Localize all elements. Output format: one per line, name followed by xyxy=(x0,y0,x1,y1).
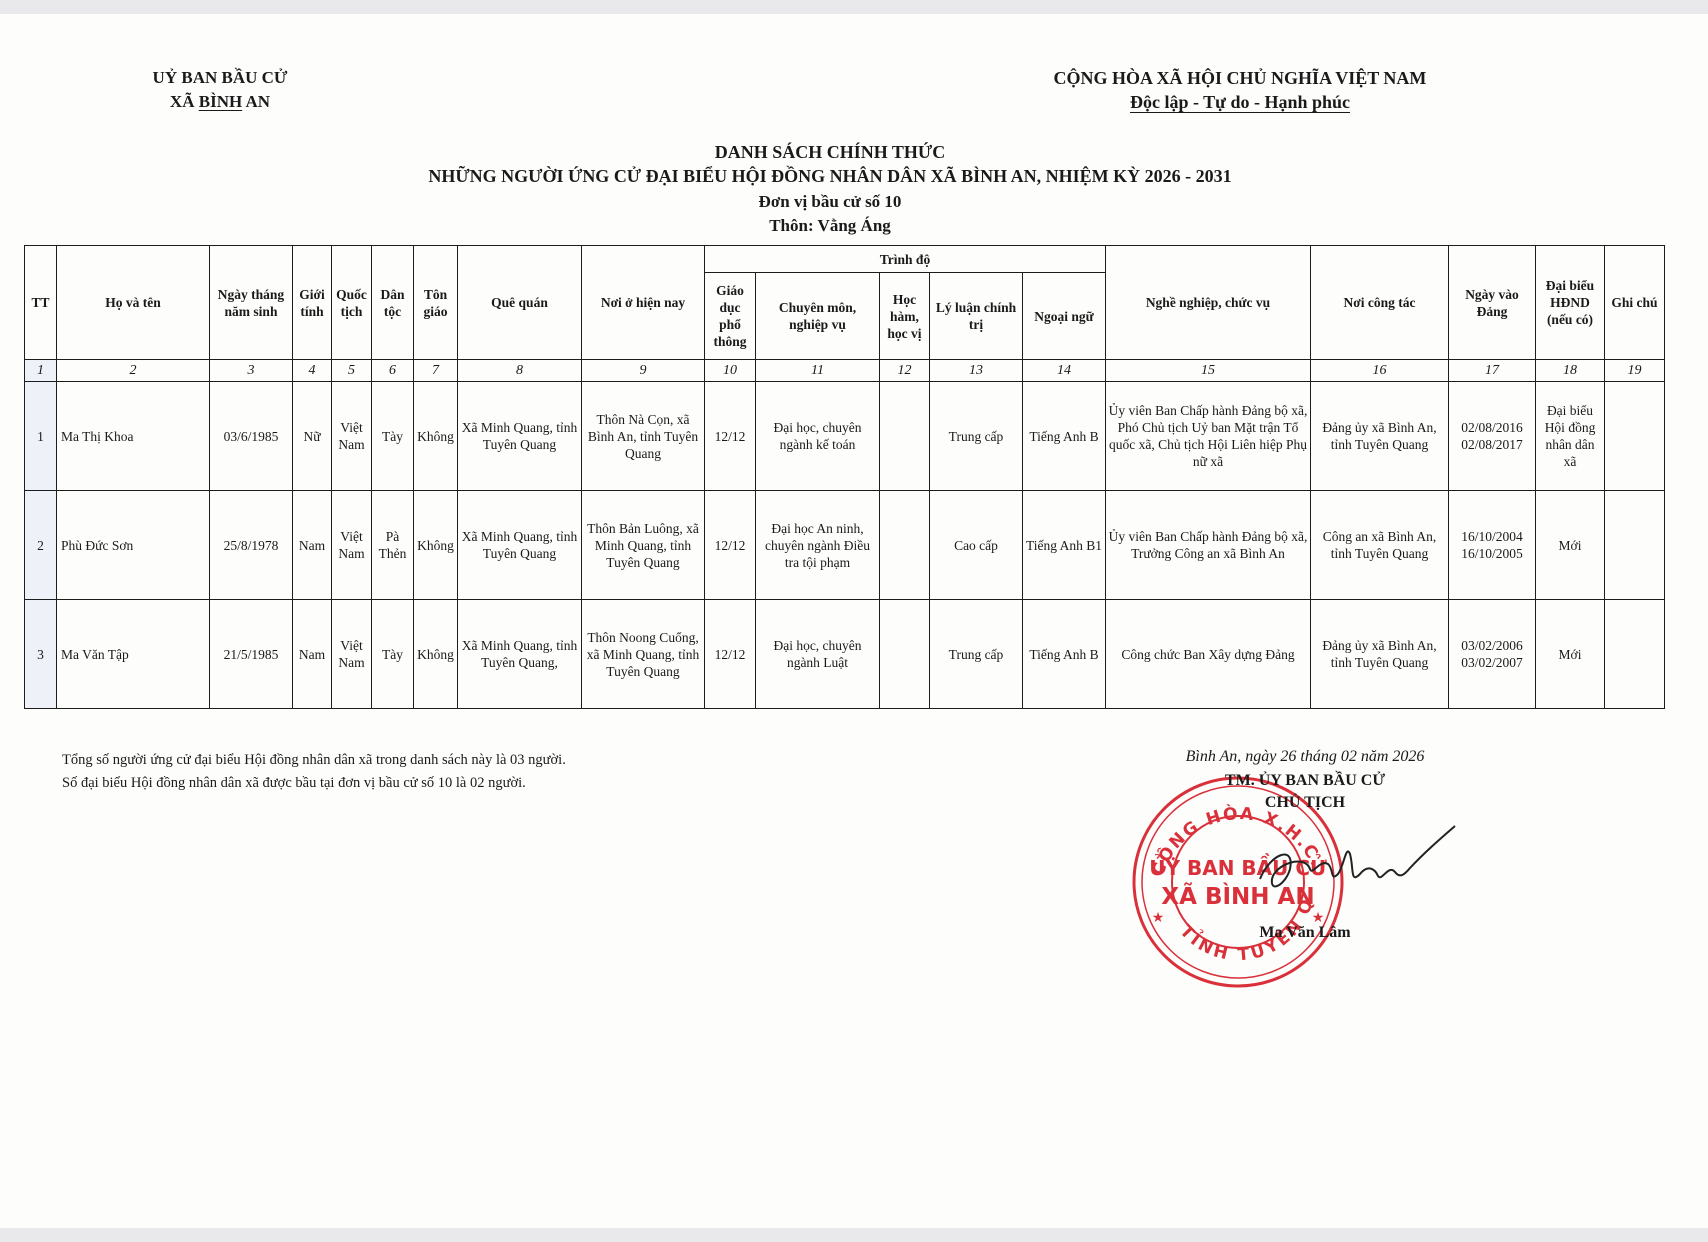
cell-hometown: Xã Minh Quang, tỉnh Tuyên Quang xyxy=(458,491,582,600)
cell-workplace: Công an xã Bình An, tỉnh Tuyên Quang xyxy=(1311,491,1449,600)
cell-tt: 3 xyxy=(25,600,57,709)
col-tt: TT xyxy=(25,246,57,360)
cell-tt: 1 xyxy=(25,382,57,491)
column-number: 10 xyxy=(705,360,756,382)
cell-gender: Nữ xyxy=(293,382,332,491)
document-title: DANH SÁCH CHÍNH THỨC NHỮNG NGƯỜI ỨNG CỬ … xyxy=(300,140,1360,237)
country-name: CỘNG HÒA XÃ HỘI CHỦ NGHĨA VIỆT NAM xyxy=(1030,66,1450,90)
signature-block: Bình An, ngày 26 tháng 02 năm 2026 TM. Ủ… xyxy=(1150,746,1460,814)
col-degree: Học hàm, học vị xyxy=(880,273,930,360)
column-number: 16 xyxy=(1311,360,1449,382)
column-number: 17 xyxy=(1449,360,1536,382)
cell-general-edu: 12/12 xyxy=(705,382,756,491)
cell-degree xyxy=(880,491,930,600)
total-candidates-note: Tổng số người ứng cử đại biểu Hội đồng n… xyxy=(62,749,566,772)
cell-party-date: 03/02/200603/02/2007 xyxy=(1449,600,1536,709)
cell-specialty: Đại học, chuyên ngành kế toán xyxy=(756,382,880,491)
cell-gender: Nam xyxy=(293,600,332,709)
column-number: 18 xyxy=(1536,360,1605,382)
cell-degree xyxy=(880,382,930,491)
cell-general-edu: 12/12 xyxy=(705,600,756,709)
column-number: 3 xyxy=(210,360,293,382)
cell-occupation: Ủy viên Ban Chấp hành Đảng bộ xã, Trưởng… xyxy=(1106,491,1311,600)
col-workplace: Nơi công tác xyxy=(1311,246,1449,360)
signer-name: Ma Văn Lâm xyxy=(1150,924,1460,942)
cell-language: Tiếng Anh B1 xyxy=(1023,491,1106,600)
col-delegate: Đại biểu HĐND (nếu có) xyxy=(1536,246,1605,360)
column-number: 15 xyxy=(1106,360,1311,382)
cell-residence: Thôn Noong Cuổng, xã Minh Quang, tỉnh Tu… xyxy=(582,600,705,709)
column-number: 19 xyxy=(1605,360,1665,382)
seats-note: Số đại biểu Hội đồng nhân dân xã được bầ… xyxy=(62,772,566,795)
cell-political: Cao cấp xyxy=(930,491,1023,600)
cell-nationality: Việt Nam xyxy=(332,382,372,491)
page-edge xyxy=(0,1228,1708,1242)
column-number: 6 xyxy=(372,360,414,382)
column-number: 12 xyxy=(880,360,930,382)
column-number: 14 xyxy=(1023,360,1106,382)
col-name: Họ và tên xyxy=(57,246,210,360)
column-number: 9 xyxy=(582,360,705,382)
table-row: 3Ma Văn Tập21/5/1985NamViệt NamTàyKhôngX… xyxy=(25,600,1665,709)
cell-degree xyxy=(880,600,930,709)
village-name: Thôn: Vằng Áng xyxy=(300,214,1360,237)
party-official-date: 03/02/2007 xyxy=(1451,654,1533,671)
party-probation-date: 03/02/2006 xyxy=(1451,637,1533,654)
col-specialty: Chuyên môn, nghiệp vụ xyxy=(756,273,880,360)
col-dob: Ngày tháng năm sinh xyxy=(210,246,293,360)
column-number: 7 xyxy=(414,360,458,382)
cell-general-edu: 12/12 xyxy=(705,491,756,600)
col-language: Ngoại ngữ xyxy=(1023,273,1106,360)
column-number: 4 xyxy=(293,360,332,382)
col-hometown: Quê quán xyxy=(458,246,582,360)
table-row: 1Ma Thị Khoa03/6/1985NữViệt NamTàyKhôngX… xyxy=(25,382,1665,491)
column-number: 11 xyxy=(756,360,880,382)
cell-occupation: Ủy viên Ban Chấp hành Đảng bộ xã, Phó Ch… xyxy=(1106,382,1311,491)
authority-line1: UỶ BAN BẦU CỬ xyxy=(120,66,320,90)
cell-dob: 25/8/1978 xyxy=(210,491,293,600)
col-group-qualification: Trình độ xyxy=(705,246,1106,273)
cell-nationality: Việt Nam xyxy=(332,600,372,709)
cell-political: Trung cấp xyxy=(930,600,1023,709)
document-page: UỶ BAN BẦU CỬ XÃ BÌNH AN CỘNG HÒA XÃ HỘI… xyxy=(0,14,1708,1228)
cell-name: Ma Văn Tập xyxy=(57,600,210,709)
cell-note xyxy=(1605,382,1665,491)
motto-line: Độc lập - Tự do - Hạnh phúc xyxy=(1030,90,1450,114)
sign-role: CHỦ TỊCH xyxy=(1150,792,1460,814)
col-occupation: Nghề nghiệp, chức vụ xyxy=(1106,246,1311,360)
cell-workplace: Đảng ủy xã Bình An, tỉnh Tuyên Quang xyxy=(1311,600,1449,709)
col-gender: Giới tính xyxy=(293,246,332,360)
table-body: 1Ma Thị Khoa03/6/1985NữViệt NamTàyKhôngX… xyxy=(25,382,1665,709)
table-header-row: TT Họ và tên Ngày tháng năm sinh Giới tí… xyxy=(25,246,1665,273)
cell-occupation: Công chức Ban Xây dựng Đảng xyxy=(1106,600,1311,709)
cell-delegate: Đại biểu Hội đồng nhân dân xã xyxy=(1536,382,1605,491)
cell-specialty: Đại học, chuyên ngành Luật xyxy=(756,600,880,709)
footer-notes: Tổng số người ứng cử đại biểu Hội đồng n… xyxy=(62,749,566,795)
cell-delegate: Mới xyxy=(1536,491,1605,600)
party-probation-date: 02/08/2016 xyxy=(1451,419,1533,436)
cell-hometown: Xã Minh Quang, tỉnh Tuyên Quang, xyxy=(458,600,582,709)
cell-religion: Không xyxy=(414,600,458,709)
title-line2: NHỮNG NGƯỜI ỨNG CỬ ĐẠI BIỂU HỘI ĐỒNG NHÂ… xyxy=(300,164,1360,188)
title-line1: DANH SÁCH CHÍNH THỨC xyxy=(300,140,1360,164)
cell-ethnicity: Pà Thẻn xyxy=(372,491,414,600)
cell-language: Tiếng Anh B xyxy=(1023,600,1106,709)
column-number-row: 12345678910111213141516171819 xyxy=(25,360,1665,382)
cell-ethnicity: Tày xyxy=(372,382,414,491)
cell-gender: Nam xyxy=(293,491,332,600)
cell-name: Phù Đức Sơn xyxy=(57,491,210,600)
column-number: 1 xyxy=(25,360,57,382)
column-number: 2 xyxy=(57,360,210,382)
col-party-date: Ngày vào Đảng xyxy=(1449,246,1536,360)
signature-icon xyxy=(1250,824,1460,904)
electoral-unit: Đơn vị bầu cử số 10 xyxy=(300,190,1360,214)
party-official-date: 02/08/2017 xyxy=(1451,436,1533,453)
cell-language: Tiếng Anh B xyxy=(1023,382,1106,491)
cell-dob: 03/6/1985 xyxy=(210,382,293,491)
col-ethnicity: Dân tộc xyxy=(372,246,414,360)
col-religion: Tôn giáo xyxy=(414,246,458,360)
cell-workplace: Đảng ủy xã Bình An, tỉnh Tuyên Quang xyxy=(1311,382,1449,491)
cell-note xyxy=(1605,600,1665,709)
authority-line2: XÃ BÌNH AN xyxy=(120,90,320,114)
cell-party-date: 16/10/200416/10/2005 xyxy=(1449,491,1536,600)
cell-political: Trung cấp xyxy=(930,382,1023,491)
cell-note xyxy=(1605,491,1665,600)
issuing-authority: UỶ BAN BẦU CỬ XÃ BÌNH AN xyxy=(120,66,320,114)
sign-org: TM. ỦY BAN BẦU CỬ xyxy=(1150,770,1460,792)
sign-date: Bình An, ngày 26 tháng 02 năm 2026 xyxy=(1150,746,1460,768)
column-number: 8 xyxy=(458,360,582,382)
candidate-table: TT Họ và tên Ngày tháng năm sinh Giới tí… xyxy=(24,245,1665,709)
table-row: 2Phù Đức Sơn25/8/1978NamViệt NamPà ThẻnK… xyxy=(25,491,1665,600)
cell-nationality: Việt Nam xyxy=(332,491,372,600)
cell-party-date: 02/08/201602/08/2017 xyxy=(1449,382,1536,491)
cell-religion: Không xyxy=(414,491,458,600)
cell-ethnicity: Tày xyxy=(372,600,414,709)
cell-tt: 2 xyxy=(25,491,57,600)
col-nationality: Quốc tịch xyxy=(332,246,372,360)
column-number: 5 xyxy=(332,360,372,382)
col-residence: Nơi ở hiện nay xyxy=(582,246,705,360)
cell-hometown: Xã Minh Quang, tỉnh Tuyên Quang xyxy=(458,382,582,491)
cell-dob: 21/5/1985 xyxy=(210,600,293,709)
col-political: Lý luận chính trị xyxy=(930,273,1023,360)
col-general-edu: Giáo dục phổ thông xyxy=(705,273,756,360)
cell-religion: Không xyxy=(414,382,458,491)
party-probation-date: 16/10/2004 xyxy=(1451,528,1533,545)
col-note: Ghi chú xyxy=(1605,246,1665,360)
party-official-date: 16/10/2005 xyxy=(1451,545,1533,562)
cell-specialty: Đại học An ninh, chuyên ngành Điều tra t… xyxy=(756,491,880,600)
national-motto: CỘNG HÒA XÃ HỘI CHỦ NGHĨA VIỆT NAM Độc l… xyxy=(1030,66,1450,114)
cell-residence: Thôn Nà Cọn, xã Bình An, tỉnh Tuyên Quan… xyxy=(582,382,705,491)
cell-residence: Thôn Bản Luông, xã Minh Quang, tỉnh Tuyê… xyxy=(582,491,705,600)
cell-delegate: Mới xyxy=(1536,600,1605,709)
column-number: 13 xyxy=(930,360,1023,382)
cell-name: Ma Thị Khoa xyxy=(57,382,210,491)
